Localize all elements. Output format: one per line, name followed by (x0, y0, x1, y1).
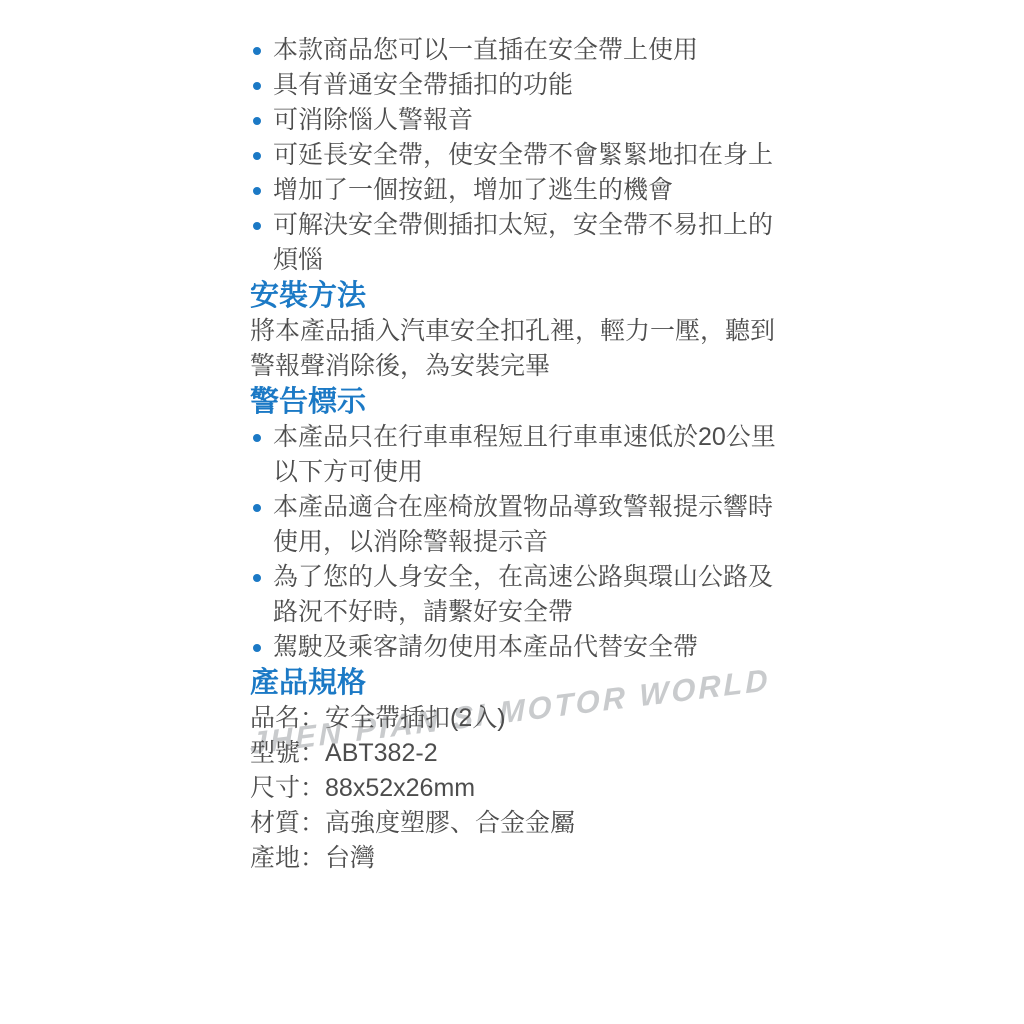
spec-separator: ： (300, 809, 325, 837)
warning-text: 本產品只在行車車程短且行車車速低於20公里以下方可使用 (273, 423, 776, 486)
warning-text: 為了您的人身安全，在高速公路與環山公路及路況不好時，請繫好安全帶 (273, 563, 773, 626)
spec-separator: ： (300, 774, 325, 802)
feature-list: 本款商品您可以一直插在安全帶上使用 具有普通安全帶插扣的功能 可消除惱人警報音 … (250, 33, 777, 278)
installation-body-text: 將本產品插入汽車安全扣孔裡，輕力一壓，聽到警報聲消除後，為安裝完畢 (250, 314, 777, 384)
bullet-dot-icon (253, 222, 261, 230)
bullet-dot-icon (253, 82, 261, 90)
spec-list: 品名：安全帶插扣(2入) 型號：ABT382-2 尺寸：88x52x26mm 材… (250, 701, 777, 876)
warning-text: 本產品適合在座椅放置物品導致警報提示響時使用，以消除警報提示音 (273, 493, 773, 556)
spec-label: 材質 (250, 809, 300, 837)
feature-item: 本款商品您可以一直插在安全帶上使用 (250, 33, 777, 68)
installation-section-title: 安裝方法 (250, 278, 777, 314)
bullet-dot-icon (253, 117, 261, 125)
feature-item: 增加了一個按鈕，增加了逃生的機會 (250, 173, 777, 208)
spec-value: 88x52x26mm (325, 774, 475, 802)
feature-text: 本款商品您可以一直插在安全帶上使用 (273, 36, 698, 64)
bullet-dot-icon (253, 187, 261, 195)
warning-section-title: 警告標示 (250, 384, 777, 420)
spec-value: 安全帶插扣(2入) (325, 704, 506, 732)
feature-text: 具有普通安全帶插扣的功能 (273, 71, 573, 99)
spec-separator: ： (300, 739, 325, 767)
warning-item: 本產品只在行車車程短且行車車速低於20公里以下方可使用 (250, 420, 777, 490)
feature-text: 可延長安全帶，使安全帶不會緊緊地扣在身上 (273, 141, 773, 169)
content-column: 本款商品您可以一直插在安全帶上使用 具有普通安全帶插扣的功能 可消除惱人警報音 … (250, 33, 777, 876)
feature-text: 可消除惱人警報音 (273, 106, 473, 134)
spec-label: 尺寸 (250, 774, 300, 802)
feature-item: 可解決安全帶側插扣太短，安全帶不易扣上的煩惱 (250, 208, 777, 278)
spec-separator: ： (300, 844, 325, 872)
bullet-dot-icon (253, 644, 261, 652)
spec-label: 產地 (250, 844, 300, 872)
feature-text: 可解決安全帶側插扣太短，安全帶不易扣上的煩惱 (273, 211, 773, 274)
spec-row-material: 材質：高強度塑膠、合金金屬 (250, 806, 777, 841)
warning-text: 駕駛及乘客請勿使用本產品代替安全帶 (273, 633, 698, 661)
spec-row-name: 品名：安全帶插扣(2入) (250, 701, 777, 736)
feature-item: 具有普通安全帶插扣的功能 (250, 68, 777, 103)
warning-item: 駕駛及乘客請勿使用本產品代替安全帶 (250, 630, 777, 665)
spec-value: 台灣 (325, 844, 375, 872)
spec-value: 高強度塑膠、合金金屬 (325, 809, 575, 837)
spec-row-origin: 產地：台灣 (250, 841, 777, 876)
feature-text: 增加了一個按鈕，增加了逃生的機會 (273, 176, 673, 204)
bullet-dot-icon (253, 574, 261, 582)
spec-label: 型號 (250, 739, 300, 767)
spec-label: 品名 (250, 704, 300, 732)
feature-item: 可延長安全帶，使安全帶不會緊緊地扣在身上 (250, 138, 777, 173)
warning-list: 本產品只在行車車程短且行車車速低於20公里以下方可使用 本產品適合在座椅放置物品… (250, 420, 777, 665)
feature-item: 可消除惱人警報音 (250, 103, 777, 138)
spec-separator: ： (300, 704, 325, 732)
spec-row-size: 尺寸：88x52x26mm (250, 771, 777, 806)
spec-value: ABT382-2 (325, 739, 438, 767)
bullet-dot-icon (253, 504, 261, 512)
spec-row-model: 型號：ABT382-2 (250, 736, 777, 771)
warning-item: 為了您的人身安全，在高速公路與環山公路及路況不好時，請繫好安全帶 (250, 560, 777, 630)
product-description-page: JHEN PIAN SI MOTOR WORLD 本款商品您可以一直插在安全帶上… (0, 0, 1024, 1024)
bullet-dot-icon (253, 152, 261, 160)
specs-section-title: 產品規格 (250, 665, 777, 701)
bullet-dot-icon (253, 47, 261, 55)
bullet-dot-icon (253, 434, 261, 442)
warning-item: 本產品適合在座椅放置物品導致警報提示響時使用，以消除警報提示音 (250, 490, 777, 560)
